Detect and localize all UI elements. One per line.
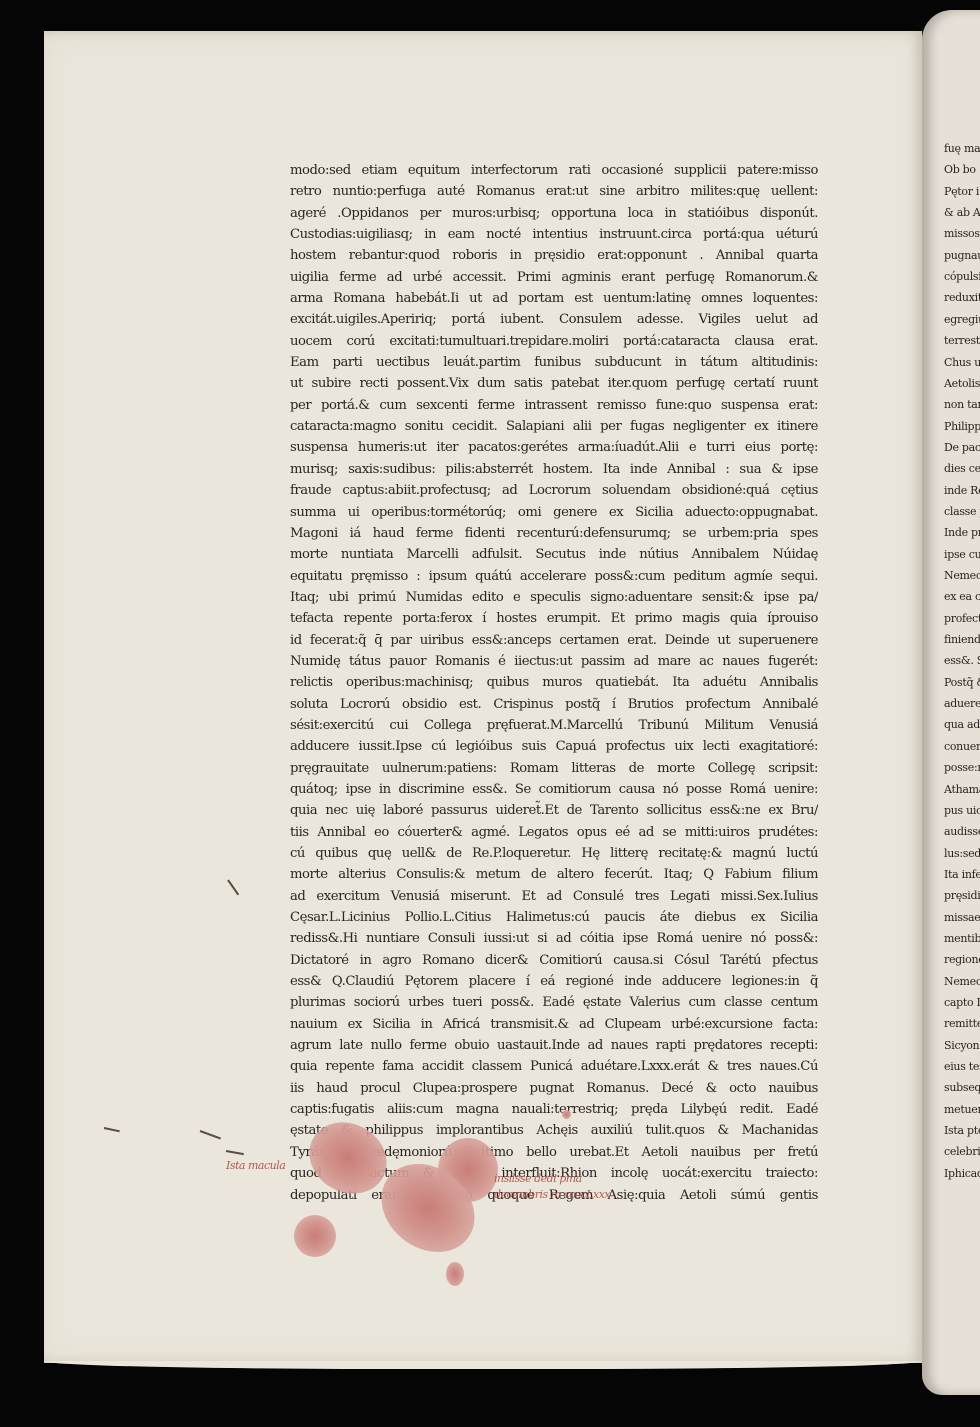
text-line: fraude captus:abiit.profectusq; ad Locro… bbox=[290, 480, 818, 501]
facing-text-line: celebri bbox=[944, 1141, 980, 1162]
stain-speck bbox=[562, 1110, 571, 1119]
facing-text-line: cópulsi: bbox=[944, 266, 980, 287]
text-line: Itaq; ubi primú Numidas edito e speculis… bbox=[290, 587, 818, 608]
facing-text-line: capto I bbox=[944, 992, 980, 1013]
facing-text-line: regione bbox=[944, 949, 980, 970]
text-line: captis:fugatis aliis:cum magna nauali:te… bbox=[290, 1099, 818, 1120]
facing-text-line: mentibu bbox=[944, 928, 980, 949]
text-line: per portá.& cum sexcenti ferme intrassen… bbox=[290, 395, 818, 416]
stain-drip bbox=[446, 1262, 464, 1286]
text-line: ad exercitum Venusiá miserunt. Et ad Con… bbox=[290, 886, 818, 907]
text-line: tefacta repente porta:ferox í hostes eru… bbox=[290, 608, 818, 629]
text-line: adducere iussit.Ipse cú legióibus suis C… bbox=[290, 736, 818, 757]
facing-text-line: Pętor i bbox=[944, 181, 979, 202]
facing-text-line: & ab An bbox=[944, 202, 980, 223]
facing-text-line: reduxit: bbox=[944, 287, 980, 308]
stain-small-round bbox=[294, 1215, 336, 1257]
text-line: nauium ex Sicilia in Africá transmisit.&… bbox=[290, 1014, 818, 1035]
facing-text-line: ipse cum bbox=[944, 544, 980, 565]
text-line: hostem rebantur:quod roboris in pręsidio… bbox=[290, 245, 818, 266]
facing-text-line: Nemeor bbox=[944, 565, 980, 586]
facing-text-line: metuer bbox=[944, 1099, 980, 1120]
facing-text-line: aduere. bbox=[944, 693, 980, 714]
text-line: excitát.uigiles.Apeririq; portá iubent. … bbox=[290, 309, 818, 330]
facing-text-line: terrestriq bbox=[944, 330, 980, 351]
margin-note-right-1: insilsse dedi pma bbox=[494, 1172, 582, 1185]
text-line: Cęsar.L.Licinius Pollio.L.Citius Halimet… bbox=[290, 907, 818, 928]
text-line: cataracta:magno sonitu cecidit. Salapian… bbox=[290, 416, 818, 437]
text-line: agrum late nullo ferme obuio uastauit.In… bbox=[290, 1035, 818, 1056]
text-line: Custodias:uigiliasq; in eam nocté intent… bbox=[290, 224, 818, 245]
text-line: ut subire recti possent.Vix dum satis pa… bbox=[290, 373, 818, 394]
facing-text-line: ex ea ciuit bbox=[944, 586, 980, 607]
main-text-column: modo:sed etiam equitum interfectorum rat… bbox=[290, 160, 818, 1206]
text-line: quátoq; ipse in discrimine ess&. Se comi… bbox=[290, 779, 818, 800]
facing-text-line: egregiun bbox=[944, 309, 980, 330]
text-line: uigilia ferme ad urbé accessit. Primi ag… bbox=[290, 267, 818, 288]
text-line: quia nec uię laboré passurus uideret̃.Et… bbox=[290, 800, 818, 821]
text-line: Magoni iá haud ferme fidenti recenturú:d… bbox=[290, 523, 818, 544]
facing-text-line: missae n bbox=[944, 907, 980, 928]
text-line: id fecerat:q̃ q̄ par uiribus ess&:anceps… bbox=[290, 630, 818, 651]
text-line: rediss&.Hi nuntiare Consuli iussi:ut si … bbox=[290, 928, 818, 949]
facing-text-line: Athama bbox=[944, 779, 980, 800]
facing-text-line: fuę mag bbox=[944, 138, 980, 159]
text-line: cú quibus quę uell& de Re.P.loqueretur. … bbox=[290, 843, 818, 864]
text-line: arma Romana habebát.Ii ut ad portam est … bbox=[290, 288, 818, 309]
text-line: soluta Locrorú obsidio est. Crispinus po… bbox=[290, 694, 818, 715]
facing-text-line: dies cert bbox=[944, 458, 980, 479]
book-page-right-facing: fuę magOb boPętor i& ab Anmissos.pugnauc… bbox=[922, 10, 980, 1395]
text-line: summa ui operibus:tormétorúq; omi genere… bbox=[290, 502, 818, 523]
text-line: retro nuntio:perfuga auté Romanus erat:u… bbox=[290, 181, 818, 202]
facing-text-line: Nemeo bbox=[944, 971, 980, 992]
margin-note-left: Ista macula bbox=[226, 1159, 285, 1172]
text-line: ess& Q.Claudiú Pętorem placere í eá regi… bbox=[290, 971, 818, 992]
facing-text-line: missos. bbox=[944, 223, 980, 244]
text-line: ageré .Oppidanos per muros:urbisq; oppor… bbox=[290, 203, 818, 224]
facing-text-line: Chus ue bbox=[944, 352, 980, 373]
text-line: uocem corú excitati:tumultuari.trepidare… bbox=[290, 331, 818, 352]
text-line: relictis operibus:machinisq; quibus muro… bbox=[290, 672, 818, 693]
facing-text-line: pus uicti bbox=[944, 800, 980, 821]
text-line: modo:sed etiam equitum interfectorum rat… bbox=[290, 160, 818, 181]
facing-text-line: profectus bbox=[944, 608, 980, 629]
facing-text-line: Ob bo bbox=[944, 159, 976, 180]
text-line: sésit:exercitú cui Collega pręfuerat.M.M… bbox=[290, 715, 818, 736]
facing-text-line: finiendo bbox=[944, 629, 980, 650]
facing-text-line: De pace bbox=[944, 437, 980, 458]
facing-text-line: qua ad P bbox=[944, 714, 980, 735]
facing-text-line: conuenti bbox=[944, 736, 980, 757]
facing-text-line: classe pet bbox=[944, 501, 980, 522]
facing-text-line: Postq̃ & bbox=[944, 672, 980, 693]
facing-text-line: ess&. Se bbox=[944, 650, 980, 671]
facing-text-line: non tant bbox=[944, 394, 980, 415]
text-line: quia repente fama accidit classem Punicá… bbox=[290, 1056, 818, 1077]
facing-text-line: pręsidiu bbox=[944, 885, 980, 906]
text-line: Eam parti uectibus leuát.partim funibus … bbox=[290, 352, 818, 373]
text-line: plurimas sociorú urbes tueri poss&. Eadé… bbox=[290, 992, 818, 1013]
facing-text-line: remitte bbox=[944, 1013, 980, 1034]
facing-text-line: Iphicaq bbox=[944, 1163, 980, 1184]
facing-text-line: Philipp bbox=[944, 416, 980, 437]
page-bottom-edge bbox=[44, 1361, 922, 1369]
text-line: tiis Annibal eo cóuerter& agmé. Legatos … bbox=[290, 822, 818, 843]
margin-note-right-2: decembris m ccccLxxx bbox=[494, 1188, 610, 1201]
text-line: iis haud procul Clupea:prospere pugnat R… bbox=[290, 1078, 818, 1099]
facing-text-line: Ita infecti bbox=[944, 864, 980, 885]
facing-text-line: inde Re bbox=[944, 480, 980, 501]
text-line: murisq; saxis:sudibus: pilis:absterrét h… bbox=[290, 459, 818, 480]
text-line: Numidę tátus pauor Romanis é iiectus:ut … bbox=[290, 651, 818, 672]
facing-text-line: lus:sed u bbox=[944, 843, 980, 864]
facing-text-line: posse:nis bbox=[944, 757, 980, 778]
facing-text-line: Aetolis c bbox=[944, 373, 980, 394]
facing-text-line: pugnau bbox=[944, 245, 980, 266]
facing-text-line: Inde pr bbox=[944, 522, 980, 543]
text-line: equitatu pręmisso : ipsum quátú accelera… bbox=[290, 566, 818, 587]
facing-text-line: Ista pte bbox=[944, 1120, 980, 1141]
text-line: Dictatoré in agro Romano dicer& Comitior… bbox=[290, 950, 818, 971]
text-line: morte nuntiata Marcelli adfulsit. Secutu… bbox=[290, 544, 818, 565]
facing-text-line: audisse a bbox=[944, 821, 980, 842]
facing-text-line: subseq bbox=[944, 1077, 980, 1098]
facing-text-line: Sicyone bbox=[944, 1035, 980, 1056]
text-line: morte alterius Consulis:& metum de alter… bbox=[290, 864, 818, 885]
text-line: pręgrauitate uulnerum:patiens: Romam lit… bbox=[290, 758, 818, 779]
facing-text-line: eius tes bbox=[944, 1056, 980, 1077]
text-line: suspensa humeris:ut iter pacatos:gerétes… bbox=[290, 437, 818, 458]
